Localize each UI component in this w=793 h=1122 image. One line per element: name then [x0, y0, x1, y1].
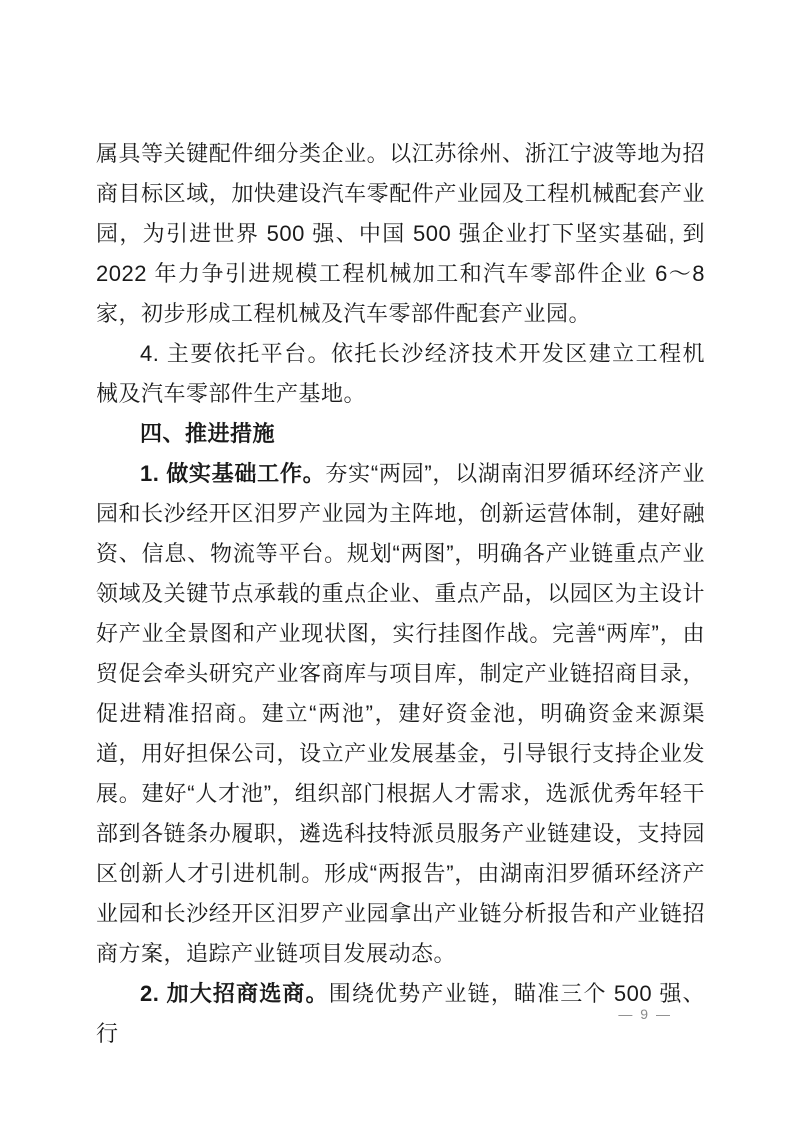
paragraph: 属具等关键配件细分类企业。以江苏徐州、浙江宁波等地为招商目标区域，加快建设汽车零… [96, 134, 705, 334]
text-run-bold: 1. 做实基础工作。 [140, 461, 325, 486]
paragraph: 4. 主要依托平台。依托长沙经济技术开发区建立工程机械及汽车零部件生产基地。 [96, 334, 705, 414]
text-run-bold: 2. 加大招商选商。 [140, 981, 329, 1006]
text-run: 4. 主要依托平台。依托长沙经济技术开发区建立工程机械及汽车零部件生产基地。 [96, 341, 705, 406]
paragraph: 2. 加大招商选商。围绕优势产业链，瞄准三个 500 强、行 [96, 974, 705, 1054]
document-body: 属具等关键配件细分类企业。以江苏徐州、浙江宁波等地为招商目标区域，加快建设汽车零… [96, 134, 705, 1054]
paragraph: 1. 做实基础工作。夯实“两园”，以湖南汨罗循环经济产业园和长沙经开区汨罗产业园… [96, 454, 705, 974]
text-run: 夯实“两园”，以湖南汨罗循环经济产业园和长沙经开区汨罗产业园为主阵地，创新运营体… [96, 461, 705, 966]
document-page: 属具等关键配件细分类企业。以江苏徐州、浙江宁波等地为招商目标区域，加快建设汽车零… [0, 0, 793, 1122]
page-number: — 9 — [618, 1003, 672, 1025]
text-run: 属具等关键配件细分类企业。以江苏徐州、浙江宁波等地为招商目标区域，加快建设汽车零… [96, 141, 705, 326]
section-heading: 四、推进措施 [96, 414, 705, 454]
text-run-bold: 四、推进措施 [140, 421, 275, 446]
